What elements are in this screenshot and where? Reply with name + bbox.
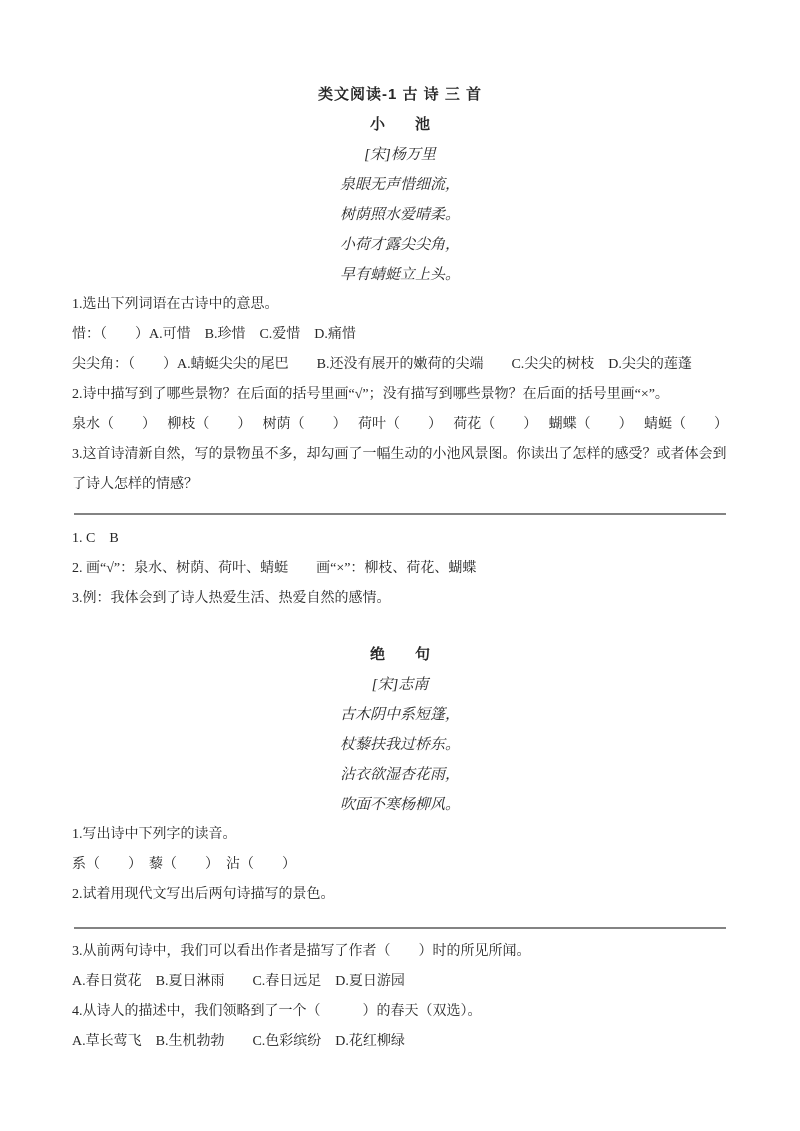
scenery-item-heye: 荷叶（ ） <box>358 410 442 440</box>
document-title: 类文阅读-1 古 诗 三 首 <box>72 80 728 110</box>
poem1-line-4: 早有蜻蜓立上头。 <box>72 260 728 290</box>
poem1-question-1-option-xi: 惜：（ ）A.可惜 B.珍惜 C.爱惜 D.痛惜 <box>72 320 728 350</box>
poem2-answer-blank-line <box>74 927 726 929</box>
poem2-line-1: 古木阴中系短篷， <box>72 700 728 730</box>
poem1-line-2: 树荫照水爱晴柔。 <box>72 200 728 230</box>
poem2-question-1: 1.写出诗中下列字的读音。 <box>72 820 728 850</box>
scenery-item-hudie: 蝴蝶（ ） <box>549 410 633 440</box>
poem2-question-3: 3.从前两句诗中，我们可以看出作者是描写了作者（ ）时的所见所闻。 <box>72 937 728 967</box>
answer-section-divider <box>74 513 726 515</box>
poem2-line-3: 沾衣欲湿杏花雨， <box>72 760 728 790</box>
poem2-question-4-options: A.草长莺飞 B.生机勃勃 C.色彩缤纷 D.花红柳绿 <box>72 1027 728 1057</box>
scenery-item-hehua: 荷花（ ） <box>453 410 537 440</box>
scenery-item-shuyin: 树荫（ ） <box>263 410 347 440</box>
poem2-author: [宋]志南 <box>72 670 728 700</box>
scenery-item-quanshui: 泉水（ ） <box>72 410 156 440</box>
poem2-section: 绝 句 [宋]志南 古木阴中系短篷， 杖藜扶我过桥东。 沾衣欲湿杏花雨， 吹面不… <box>72 640 728 1057</box>
poem2-line-2: 杖藜扶我过桥东。 <box>72 730 728 760</box>
poem1-question-1-option-jianjianjiao: 尖尖角：（ ）A.蜻蜓尖尖的尾巴 B.还没有展开的嫩荷的尖端 C.尖尖的树枝 D… <box>72 350 728 380</box>
poem1-title: 小 池 <box>72 110 728 140</box>
poem2-question-3-options: A.春日赏花 B.夏日淋雨 C.春日远足 D.夏日游园 <box>72 967 728 997</box>
poem1-question-2: 2.诗中描写到了哪些景物？在后面的括号里画“√”；没有描写到哪些景物？在后面的括… <box>72 380 728 410</box>
poem1-scenery-blank-row: 泉水（ ） 柳枝（ ） 树荫（ ） 荷叶（ ） 荷花（ ） 蝴蝶（ ） 蜻蜓（ … <box>72 410 728 440</box>
poem2-pronunciation-blank-row: 系（ ） 藜（ ） 沾（ ） <box>72 850 728 880</box>
poem1-answer-3: 3.例：我体会到了诗人热爱生活、热爱自然的感情。 <box>72 584 728 614</box>
poem1-section: 小 池 [宋]杨万里 泉眼无声惜细流， 树荫照水爱晴柔。 小荷才露尖尖角， 早有… <box>72 110 728 500</box>
poem1-line-1: 泉眼无声惜细流， <box>72 170 728 200</box>
poem1-question-1: 1.选出下列词语在古诗中的意思。 <box>72 290 728 320</box>
poem1-answers-section: 1. C B 2. 画“√”：泉水、树荫、荷叶、蜻蜓 画“×”：柳枝、荷花、蝴蝶… <box>72 524 728 614</box>
poem1-author: [宋]杨万里 <box>72 140 728 170</box>
poem1-question-3: 3.这首诗清新自然，写的景物虽不多，却勾画了一幅生动的小池风景图。你读出了怎样的… <box>72 440 728 500</box>
scenery-item-liuzhi: 柳枝（ ） <box>167 410 251 440</box>
poem2-question-2: 2.试着用现代文写出后两句诗描写的景色。 <box>72 880 728 910</box>
scenery-item-qingting: 蜻蜓（ ） <box>644 410 728 440</box>
poem1-answer-1: 1. C B <box>72 524 728 554</box>
poem2-title: 绝 句 <box>72 640 728 670</box>
poem2-line-4: 吹面不寒杨柳风。 <box>72 790 728 820</box>
worksheet-page: 类文阅读-1 古 诗 三 首 小 池 [宋]杨万里 泉眼无声惜细流， 树荫照水爱… <box>0 0 800 1131</box>
poem1-answer-2: 2. 画“√”：泉水、树荫、荷叶、蜻蜓 画“×”：柳枝、荷花、蝴蝶 <box>72 554 728 584</box>
worksheet-content: 类文阅读-1 古 诗 三 首 小 池 [宋]杨万里 泉眼无声惜细流， 树荫照水爱… <box>0 0 800 1057</box>
poem2-question-4: 4.从诗人的描述中，我们领略到了一个（ ）的春天（双选）。 <box>72 997 728 1027</box>
poem1-line-3: 小荷才露尖尖角， <box>72 230 728 260</box>
